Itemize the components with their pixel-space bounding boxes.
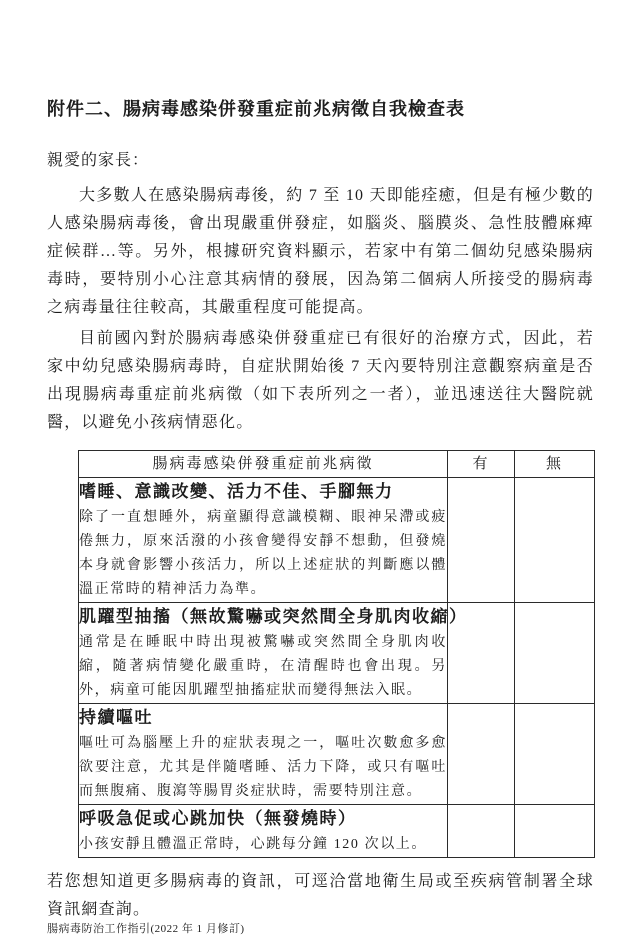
table-row-myoclonic-jerk: 肌躍型抽搐（無故驚嚇或突然間全身肌肉收縮） 通常是在睡眠中時出現被驚嚇或突然間全… [79, 603, 595, 704]
no-fill-cell [515, 704, 595, 805]
closing-paragraph: 若您想知道更多腸病毒的資訊，可逕洽當地衛生局或至疾病管制署全球資訊網查詢。 [47, 868, 594, 924]
symptom-title: 肌躍型抽搐（無故驚嚇或突然間全身肌肉收縮） [79, 603, 447, 631]
table-row-rapid-breathing-heartbeat: 呼吸急促或心跳加快（無發燒時） 小孩安靜且體溫正常時，心跳每分鐘 120 次以上… [79, 805, 595, 858]
table-row-vomiting: 持續嘔吐 嘔吐可為腦壓上升的症狀表現之一，嘔吐次數愈多愈欲要注意，尤其是伴隨嗜睡… [79, 704, 595, 805]
symptom-description: 嘔吐可為腦壓上升的症狀表現之一，嘔吐次數愈多愈欲要注意，尤其是伴隨嗜睡、活力下降… [79, 732, 447, 804]
table-header-row: 腸病毒感染併發重症前兆病徵 有 無 [79, 451, 595, 478]
footnote: 腸病毒防治工作指引(2022 年 1 月修訂) [47, 920, 245, 936]
symptom-title: 嗜睡、意識改變、活力不佳、手腳無力 [79, 478, 447, 506]
column-header-yes: 有 [448, 451, 515, 478]
symptom-title: 呼吸急促或心跳加快（無發燒時） [79, 805, 447, 833]
page-title: 附件二、腸病毒感染併發重症前兆病徵自我檢查表 [47, 97, 594, 121]
symptom-description: 小孩安靜且體溫正常時，心跳每分鐘 120 次以上。 [79, 833, 447, 857]
no-fill-cell [515, 603, 595, 704]
paragraph-treatment-info: 目前國內對於腸病毒感染併發重症已有很好的治療方式，因此，若家中幼兒感染腸病毒時，… [47, 325, 594, 437]
salutation: 親愛的家長： [47, 148, 594, 174]
symptom-description: 除了一直想睡外，病童顯得意識模糊、眼神呆滯或疲倦無力，原來活潑的小孩會變得安靜不… [79, 506, 447, 602]
column-header-no: 無 [515, 451, 595, 478]
no-fill-cell [515, 478, 595, 603]
paragraph-recovery-info: 大多數人在感染腸病毒後，約 7 至 10 天即能痊癒，但是有極少數的人感染腸病毒… [47, 182, 594, 322]
table-row-lethargy: 嗜睡、意識改變、活力不佳、手腳無力 除了一直想睡外，病童顯得意識模糊、眼神呆滯或… [79, 478, 595, 603]
symptom-description: 通常是在睡眠中時出現被驚嚇或突然間全身肌肉收縮，隨著病情變化嚴重時，在清醒時也會… [79, 631, 447, 703]
document-page: 附件二、腸病毒感染併發重症前兆病徵自我檢查表 親愛的家長： 大多數人在感染腸病毒… [0, 0, 640, 949]
no-fill-cell [515, 805, 595, 858]
symptom-cell: 肌躍型抽搐（無故驚嚇或突然間全身肌肉收縮） 通常是在睡眠中時出現被驚嚇或突然間全… [79, 603, 448, 704]
symptom-cell: 持續嘔吐 嘔吐可為腦壓上升的症狀表現之一，嘔吐次數愈多愈欲要注意，尤其是伴隨嗜睡… [79, 704, 448, 805]
symptom-cell: 呼吸急促或心跳加快（無發燒時） 小孩安靜且體溫正常時，心跳每分鐘 120 次以上… [79, 805, 448, 858]
yes-fill-cell [448, 704, 515, 805]
symptom-cell: 嗜睡、意識改變、活力不佳、手腳無力 除了一直想睡外，病童顯得意識模糊、眼神呆滯或… [79, 478, 448, 603]
yes-fill-cell [448, 805, 515, 858]
symptom-title: 持續嘔吐 [79, 704, 447, 732]
symptom-check-table: 腸病毒感染併發重症前兆病徵 有 無 嗜睡、意識改變、活力不佳、手腳無力 除了一直… [78, 450, 595, 858]
yes-fill-cell [448, 478, 515, 603]
column-header-symptom: 腸病毒感染併發重症前兆病徵 [79, 451, 448, 478]
